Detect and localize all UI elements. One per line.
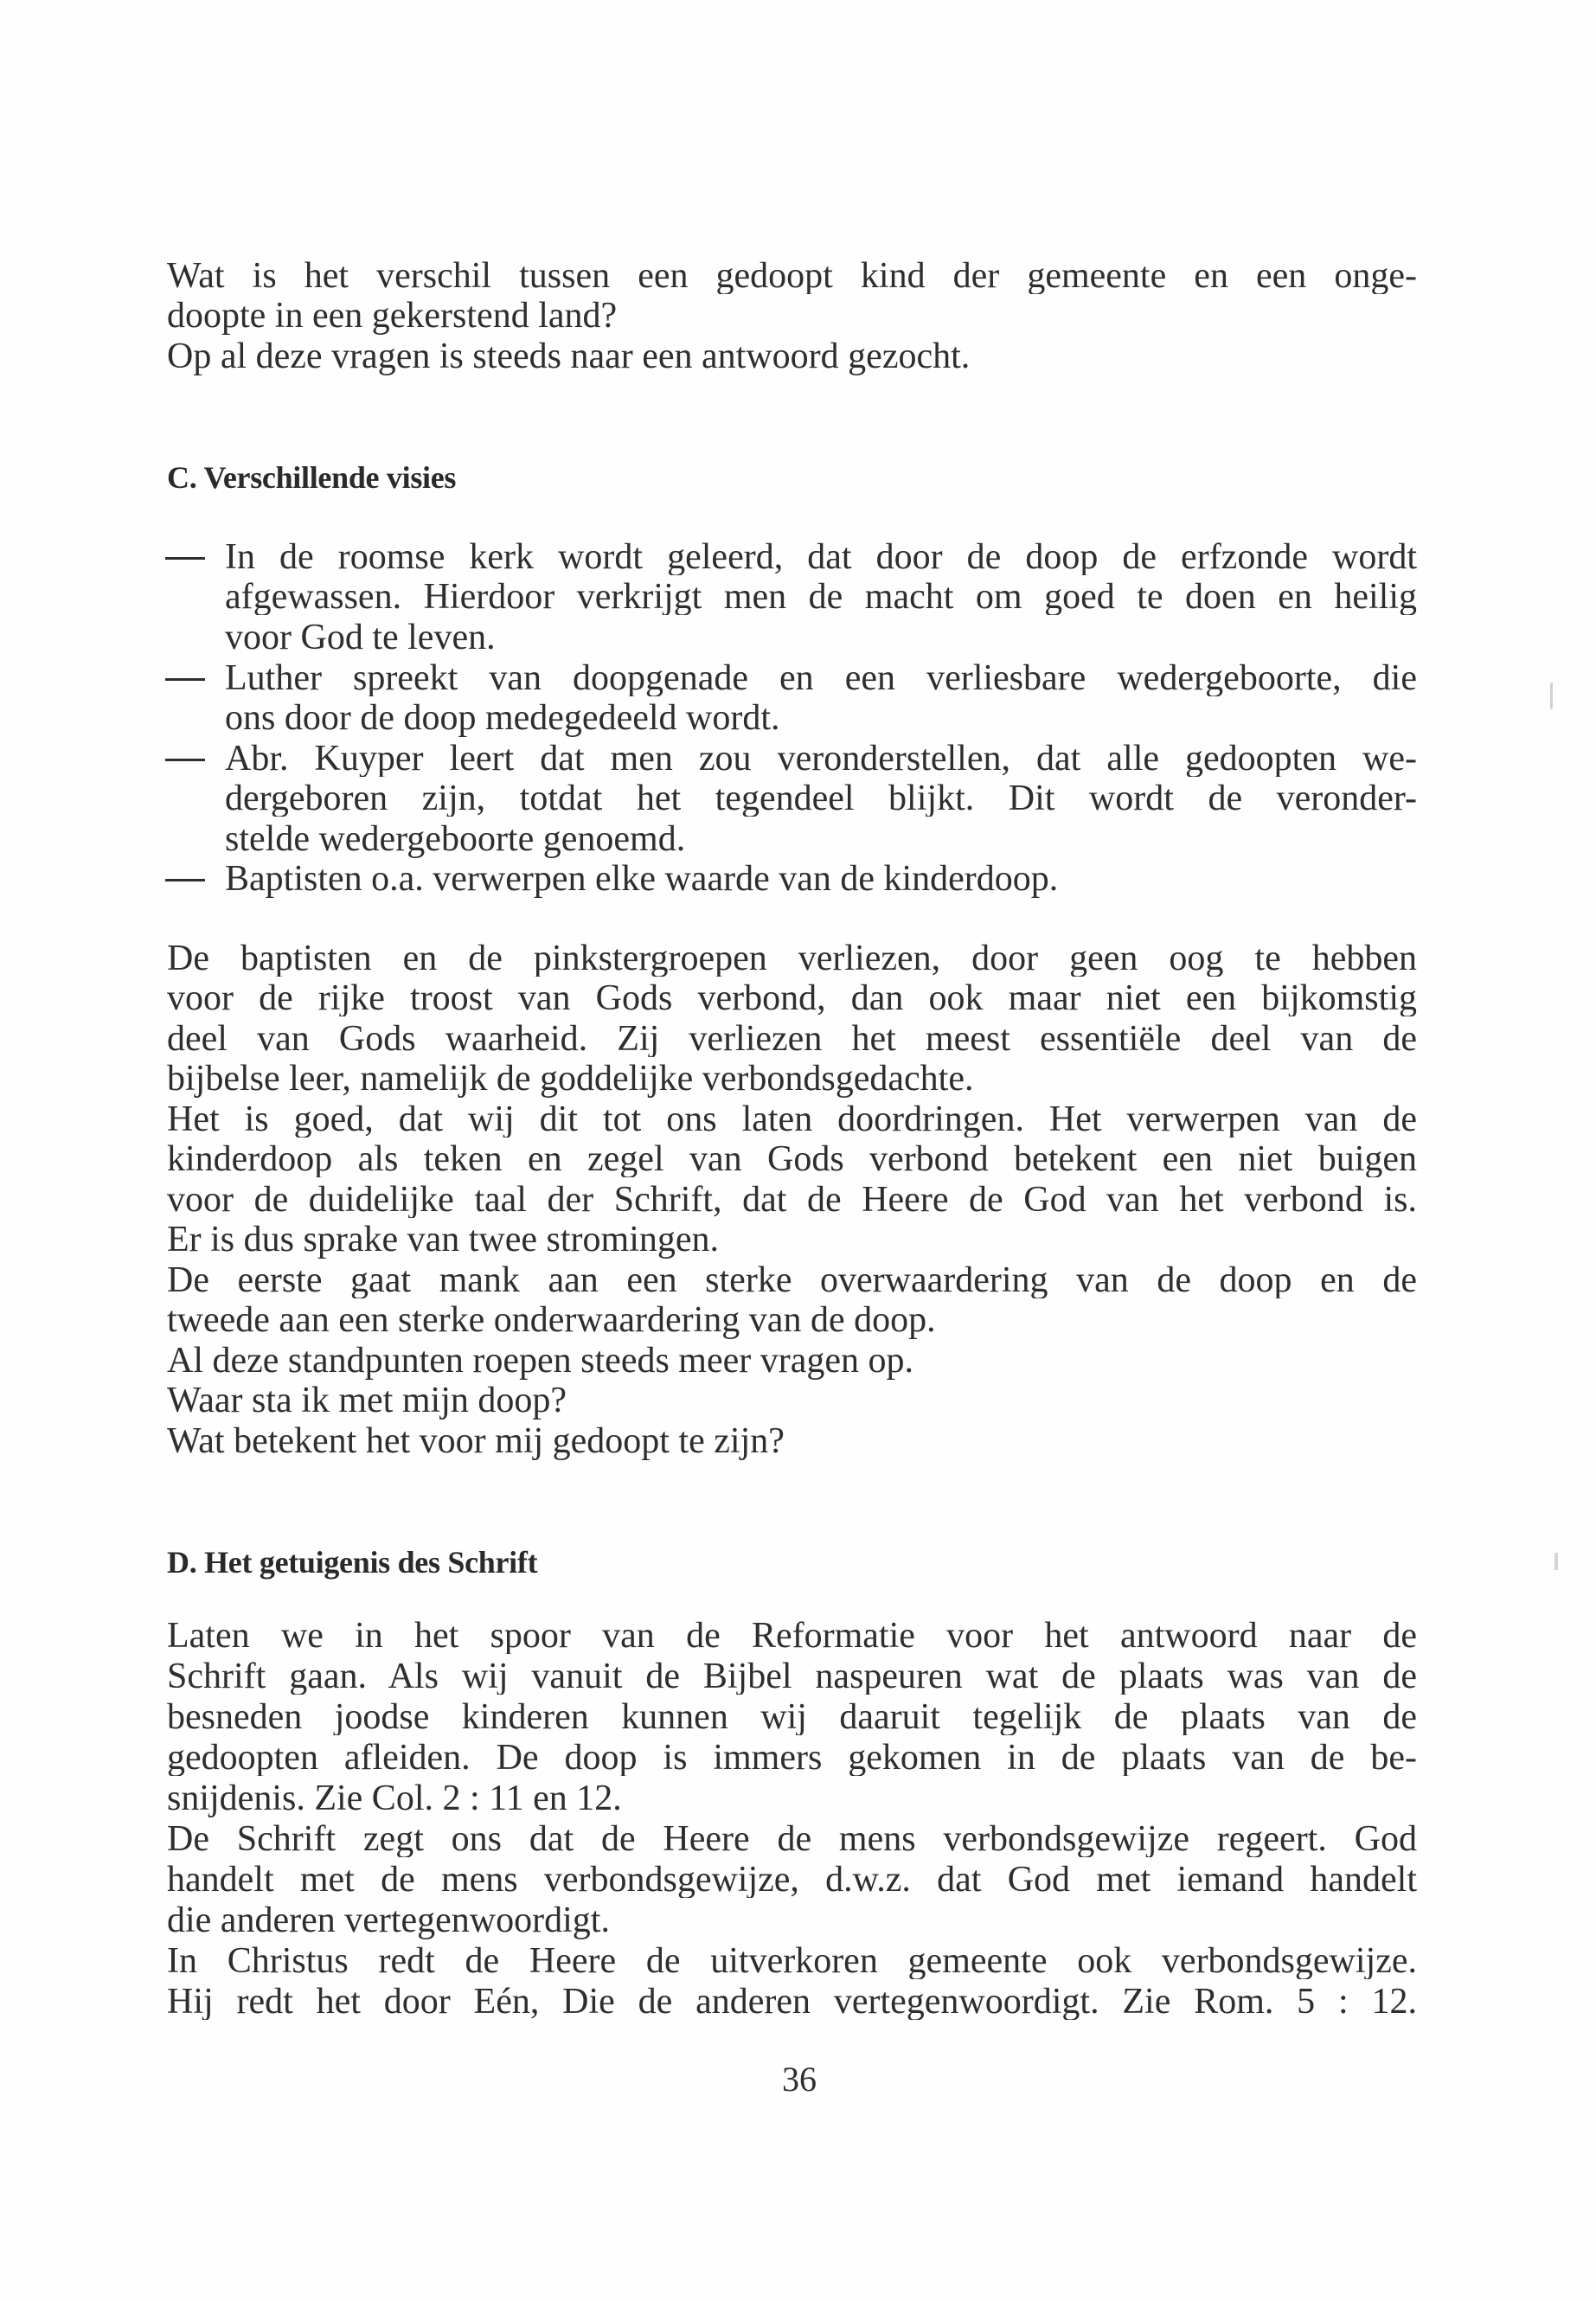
body-line: handelt met de mens verbondsgewijze, d.w…	[167, 1862, 1417, 1898]
em-dash-marker	[165, 678, 205, 681]
body-line: Waar sta ik met mijn doop?	[167, 1382, 567, 1419]
body-line: deel van Gods waarheid. Zij verliezen he…	[167, 1021, 1417, 1057]
bullet-line: Abr. Kuyper leert dat men zou veronderst…	[225, 740, 1417, 777]
bullet-line: In de roomse kerk wordt geleerd, dat doo…	[225, 539, 1417, 575]
body-line: Al deze standpunten roepen steeds meer v…	[167, 1343, 913, 1379]
body-line: voor de rijke troost van Gods verbond, d…	[167, 980, 1417, 1016]
body-line: De eerste gaat mank aan een sterke overw…	[167, 1262, 1417, 1298]
em-dash-marker	[165, 759, 205, 761]
body-line: Schrift gaan. Als wij vanuit de Bijbel n…	[167, 1658, 1417, 1695]
bullet-line: Baptisten o.a. verwerpen elke waarde van…	[225, 861, 1058, 897]
section-heading-c: C. Verschillende visies	[167, 462, 456, 493]
body-line: voor de duidelijke taal der Schrift, dat…	[167, 1182, 1417, 1218]
body-line: snijdenis. Zie Col. 2 : 11 en 12.	[167, 1780, 622, 1817]
body-line: De baptisten en de pinkstergroepen verli…	[167, 940, 1417, 977]
bullet-line: Luther spreekt van doopgenade en een ver…	[225, 660, 1417, 696]
intro-line: doopte in een gekerstend land?	[167, 298, 617, 334]
body-line: Het is goed, dat wij dit tot ons laten d…	[167, 1101, 1417, 1138]
em-dash-marker	[165, 879, 205, 881]
section-heading-d: D. Het getuigenis des Schrift	[167, 1547, 537, 1578]
body-line: bijbelse leer, namelijk de goddelijke ve…	[167, 1061, 974, 1097]
bullet-line: ons door de doop medegedeeld wordt.	[225, 700, 780, 736]
page-number: 36	[782, 2062, 817, 2097]
body-line: gedoopten afleiden. De doop is immers ge…	[167, 1740, 1417, 1776]
body-line: Laten we in het spoor van de Reformatie …	[167, 1618, 1417, 1654]
body-line: besneden joodse kinderen kunnen wij daar…	[167, 1699, 1417, 1735]
body-line: In Christus redt de Heere de uitverkoren…	[167, 1943, 1417, 1979]
intro-line: Wat is het verschil tussen een gedoopt k…	[167, 258, 1417, 294]
book-page: Wat is het verschil tussen een gedoopt k…	[0, 0, 1596, 2301]
intro-line: Op al deze vragen is steeds naar een ant…	[167, 338, 970, 375]
body-line: die anderen vertegenwoordigt.	[167, 1902, 610, 1939]
body-line: De Schrift zegt ons dat de Heere de mens…	[167, 1821, 1417, 1857]
body-line: Er is dus sprake van twee stromingen.	[167, 1221, 719, 1258]
em-dash-marker	[165, 557, 205, 560]
scan-artifact-mark	[1550, 680, 1560, 709]
body-line: tweede aan een sterke onderwaardering va…	[167, 1302, 936, 1338]
scan-artifact-mark	[1554, 1553, 1558, 1570]
bullet-line: stelde wedergeboorte genoemd.	[225, 821, 685, 857]
bullet-line: afgewassen. Hierdoor verkrijgt men de ma…	[225, 579, 1417, 615]
body-line: Wat betekent het voor mij gedoopt te zij…	[167, 1423, 785, 1459]
body-line: kinderdoop als teken en zegel van Gods v…	[167, 1141, 1417, 1177]
bullet-line: dergeboren zijn, totdat het tegendeel bl…	[225, 780, 1417, 817]
body-line: Hij redt het door Eén, Die de anderen ve…	[167, 1984, 1417, 2020]
bullet-line: voor God te leven.	[225, 619, 496, 656]
